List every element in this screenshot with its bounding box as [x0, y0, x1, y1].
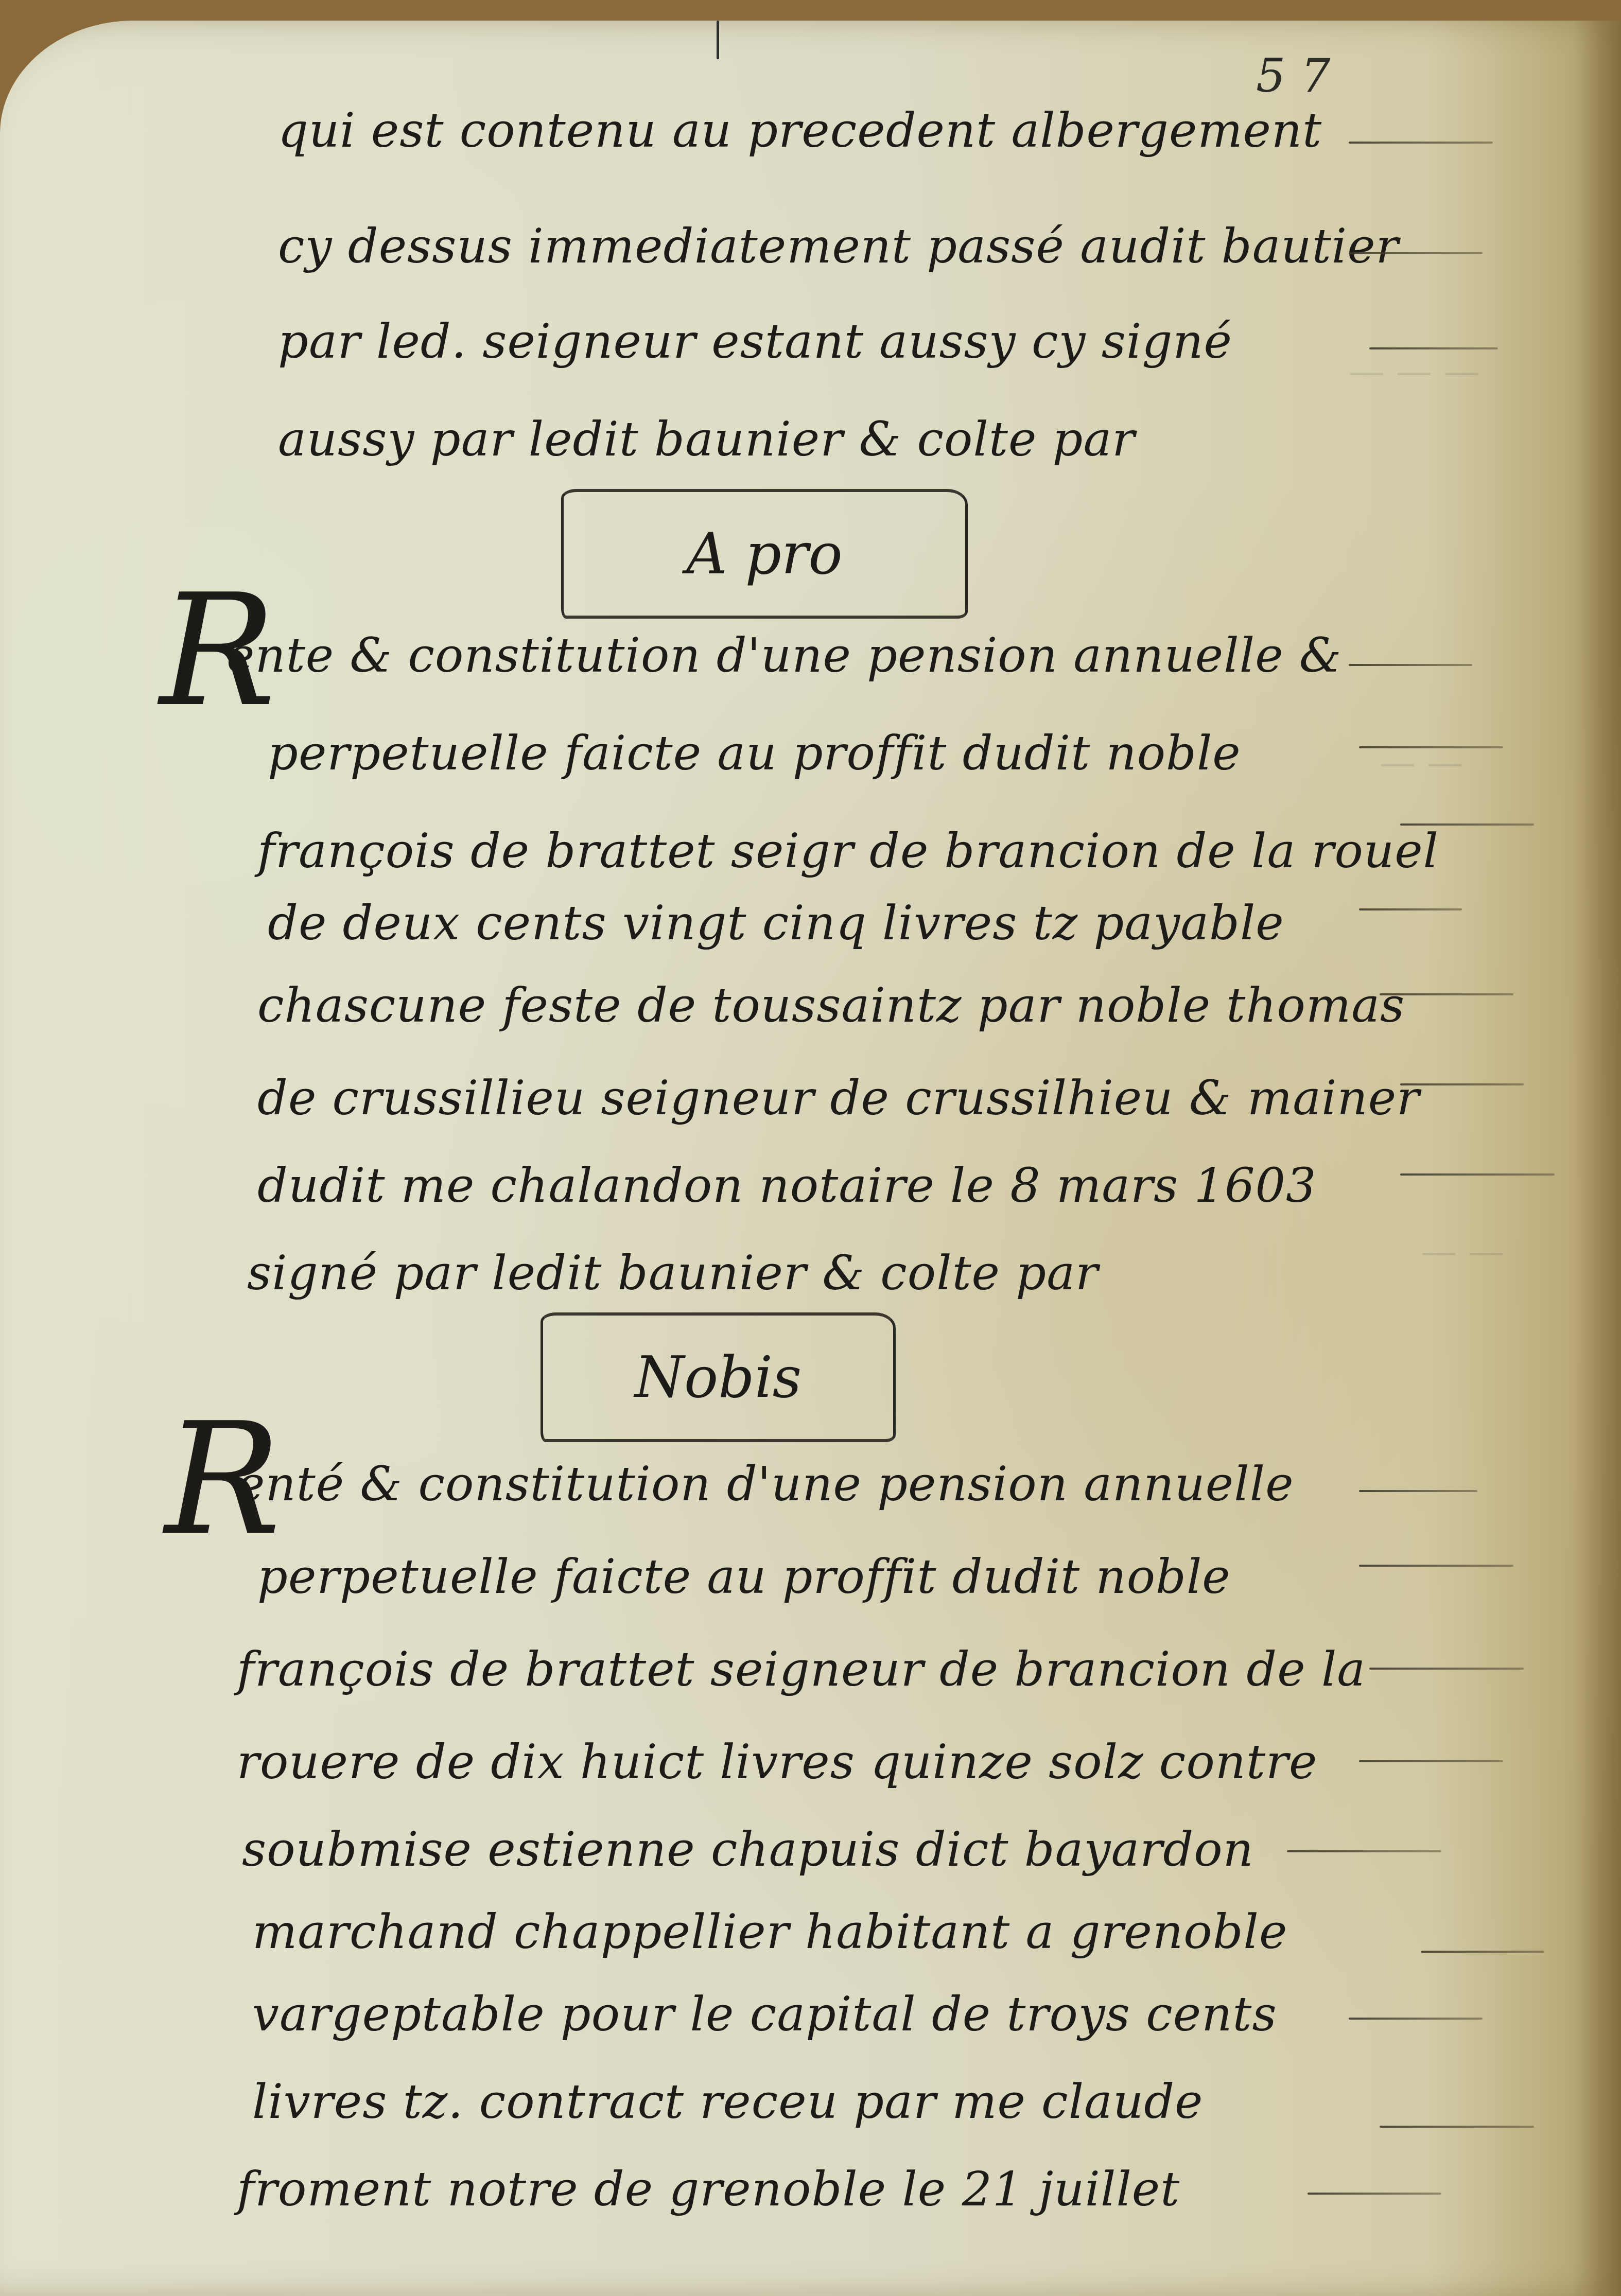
line-filler-rule [1349, 664, 1472, 666]
line-filler-rule [1400, 823, 1534, 826]
show-through-text: — — — [1349, 350, 1480, 392]
text-line: de deux cents vingt cinq livres tz payab… [268, 896, 1284, 951]
line-filler-rule [1400, 1173, 1555, 1176]
gutter-tick-mark [717, 21, 719, 59]
text-line: perpetuelle faicte au proffit dudit nobl… [257, 1549, 1231, 1604]
page-number: 57 [1256, 49, 1346, 103]
section-heading: Nobis [635, 1344, 802, 1410]
text-line: françois de brattet seigneur de brancion… [237, 1642, 1366, 1697]
text-line: enté & constitution d'une pension annuel… [237, 1457, 1294, 1512]
text-line: dudit me chalandon notaire le 8 mars 160… [257, 1158, 1317, 1213]
line-filler-rule [1359, 1760, 1503, 1762]
text-line: soubmise estienne chapuis dict bayardon [242, 1822, 1254, 1877]
text-line: froment notre de grenoble le 21 juillet [237, 2162, 1180, 2217]
text-line: perpetuelle faicte au proffit dudit nobl… [268, 726, 1241, 781]
text-line: vargeptable pour le capital de troys cen… [252, 1987, 1277, 2042]
line-filler-rule [1287, 1850, 1441, 1852]
text-line: livres tz. contract receu par me claude [252, 2074, 1204, 2129]
text-line: signé par ledit baunier & colte par [247, 1246, 1099, 1301]
section-heading-box: A pro [561, 489, 968, 619]
show-through-text: — — [1421, 1230, 1504, 1272]
text-line: ente & constitution d'une pension annuel… [226, 628, 1342, 683]
text-line: qui est contenu au precedent albergement [278, 103, 1322, 158]
text-line: françois de brattet seigr de brancion de… [257, 823, 1439, 879]
text-line: rouere de dix huict livres quinze solz c… [237, 1734, 1317, 1790]
line-filler-rule [1349, 252, 1483, 254]
line-filler-rule [1369, 347, 1498, 349]
line-filler-rule [1421, 1951, 1544, 1953]
section-heading-box: Nobis [541, 1312, 896, 1442]
line-filler-rule [1308, 2193, 1441, 2195]
line-filler-rule [1369, 1668, 1524, 1670]
text-line: chascune feste de toussaintz par noble t… [257, 978, 1405, 1033]
line-filler-rule [1359, 746, 1503, 748]
line-filler-rule [1400, 1083, 1524, 1085]
section-heading: A pro [686, 521, 843, 587]
text-line: de crussillieu seigneur de crussilhieu &… [257, 1071, 1420, 1126]
line-filler-rule [1349, 2018, 1483, 2020]
text-line: par led. seigneur estant aussy cy signé [278, 314, 1232, 369]
line-filler-rule [1380, 993, 1513, 995]
line-filler-rule [1359, 1565, 1513, 1567]
text-line: cy dessus immediatement passé audit baut… [278, 219, 1399, 274]
line-filler-rule [1359, 1490, 1477, 1492]
line-filler-rule [1359, 908, 1462, 910]
line-filler-rule [1380, 2126, 1534, 2128]
text-line: marchand chappellier habitant a grenoble [252, 1904, 1287, 1959]
line-filler-rule [1349, 142, 1493, 144]
manuscript-page: 57 — — — — — — — qui est contenu au prec… [0, 21, 1621, 2296]
text-line: aussy par ledit baunier & colte par [278, 412, 1135, 467]
